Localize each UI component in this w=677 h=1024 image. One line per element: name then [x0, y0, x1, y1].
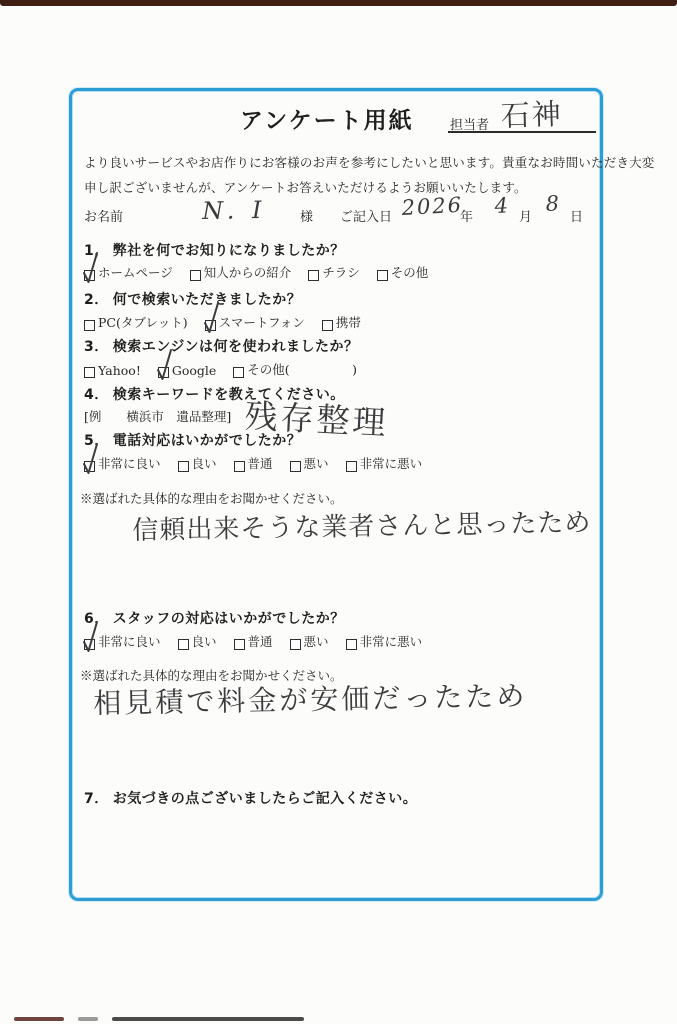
question-4-number: 4．: [84, 387, 109, 403]
option-label: 良い: [192, 632, 217, 650]
scan-artifact-top-band: [0, 0, 677, 6]
checkbox: [84, 270, 95, 281]
option-label: 普通: [248, 632, 273, 650]
scan-artifact-bottom-2: [78, 1017, 98, 1021]
option-very-good: 非常に良い: [84, 454, 161, 472]
honorific-label: 様: [300, 206, 313, 225]
question-5-options: 非常に良い 良い 普通 悪い 非常に悪い: [84, 454, 422, 472]
option-label: Yahoo!: [98, 363, 141, 378]
option-referral: 知人からの紹介: [190, 263, 292, 281]
checkbox: [190, 270, 201, 281]
question-6-text: スタッフの対応はいかがでしたか？: [113, 611, 345, 627]
checkbox: [346, 461, 357, 472]
option-good: 良い: [178, 632, 217, 650]
scan-artifact-bottom-1: [14, 1017, 64, 1021]
question-7-text: お気づきの点ございましたらご記入ください。: [113, 791, 418, 807]
option-label: 非常に良い: [98, 454, 161, 472]
checkbox: [234, 461, 245, 472]
option-normal: 普通: [234, 454, 273, 472]
checkbox: [290, 461, 301, 472]
option-label: 知人からの紹介: [204, 263, 292, 281]
date-label: ご記入日: [340, 206, 392, 225]
month-value-handwritten: 4: [494, 193, 511, 218]
option-label: 非常に悪い: [360, 454, 423, 472]
checkbox: [308, 270, 319, 281]
question-2-options: PC(タブレット) スマートフォン 携帯: [84, 313, 361, 331]
question-3-options: Yahoo! Google その他( ): [84, 360, 357, 378]
option-bad: 悪い: [290, 454, 329, 472]
checkbox: [84, 320, 95, 331]
question-5-heading: 5．電話対応はいかがでしたか？: [84, 430, 301, 450]
question-3-number: 3．: [84, 339, 109, 355]
staff-reason-handwritten: 相見積で料金が安価だったため: [93, 674, 528, 722]
option-other: その他: [377, 263, 429, 281]
checkbox: [377, 270, 388, 281]
option-pc-tablet: PC(タブレット): [84, 313, 188, 331]
option-smartphone: スマートフォン: [205, 313, 305, 331]
checkmark-icon: [156, 348, 173, 381]
option-label: Google: [172, 363, 216, 378]
option-mobile: 携帯: [322, 313, 361, 331]
checkbox: [205, 320, 216, 331]
checkbox: [322, 320, 333, 331]
question-3-heading: 3．検索エンジンは何を使われましたか？: [84, 336, 359, 356]
checkbox: [346, 639, 357, 650]
checkbox: [84, 367, 95, 378]
option-very-bad: 非常に悪い: [346, 454, 423, 472]
option-label: その他: [391, 263, 429, 281]
question-5-text: 電話対応はいかがでしたか？: [113, 433, 302, 449]
question-1-options: ホームページ 知人からの紹介 チラシ その他: [84, 263, 428, 281]
checkbox: [84, 461, 95, 472]
question-1-text: 弊社を何でお知りになりましたか？: [113, 243, 345, 259]
option-normal: 普通: [234, 632, 273, 650]
question-6-options: 非常に良い 良い 普通 悪い 非常に悪い: [84, 632, 422, 650]
option-label: ホームページ: [98, 263, 173, 281]
checkbox: [233, 367, 244, 378]
question-2-number: 2．: [84, 292, 109, 308]
checkmark-icon: [82, 251, 99, 284]
checkmark-icon: [203, 301, 220, 334]
checkbox: [84, 639, 95, 650]
option-label: 悪い: [304, 632, 329, 650]
option-label: スマートフォン: [219, 313, 305, 331]
option-yahoo: Yahoo!: [84, 363, 141, 378]
question-7-heading: 7．お気づきの点ございましたらご記入ください。: [84, 788, 417, 808]
checkbox: [158, 367, 169, 378]
question-2-heading: 2．何で検索いただきましたか？: [84, 289, 301, 309]
option-very-bad: 非常に悪い: [346, 632, 423, 650]
name-value-handwritten: N. I: [202, 196, 267, 225]
checkbox: [234, 639, 245, 650]
day-unit: 日: [570, 206, 583, 225]
checkmark-icon: [82, 620, 99, 653]
keyword-example: [例 横浜市 遺品整理]: [84, 407, 231, 425]
option-label: 非常に良い: [98, 632, 161, 650]
name-label: お名前: [84, 206, 123, 225]
option-homepage: ホームページ: [84, 263, 173, 281]
option-label: 携帯: [336, 313, 361, 331]
question-3-text: 検索エンジンは何を使われましたか？: [113, 339, 359, 355]
month-unit: 月: [519, 206, 532, 225]
checkbox: [290, 639, 301, 650]
question-6-heading: 6．スタッフの対応はいかがでしたか？: [84, 608, 345, 628]
option-label: 非常に悪い: [360, 632, 423, 650]
scanned-survey-page: アンケート用紙 担当者 石神 より良いサービスやお店作りにお客様のお声を参考にし…: [0, 0, 677, 1024]
day-value-handwritten: 8: [545, 191, 562, 216]
question-7-number: 7．: [84, 791, 109, 807]
option-bad: 悪い: [290, 632, 329, 650]
option-label: 悪い: [304, 454, 329, 472]
checkbox: [178, 461, 189, 472]
option-google: Google: [158, 363, 216, 378]
option-label: PC(タブレット): [98, 313, 188, 331]
option-flyer: チラシ: [308, 263, 360, 281]
reason-prompt-1: ※選ばれた具体的な理由をお聞かせください。: [80, 489, 343, 507]
intro-line-1: より良いサービスやお店作りにお客様のお声を参考にしたいと思います。貴重なお時間い…: [84, 153, 655, 171]
scan-artifact-bottom-3: [112, 1017, 304, 1021]
option-label: 普通: [248, 454, 273, 472]
option-label: 良い: [192, 454, 217, 472]
option-label: その他( ): [247, 360, 357, 378]
form-title: アンケート用紙: [240, 102, 414, 135]
year-unit: 年: [460, 206, 473, 225]
staff-name-handwritten: 石神: [500, 92, 563, 135]
option-very-good: 非常に良い: [84, 632, 161, 650]
year-value-handwritten: 2026: [401, 193, 464, 220]
option-other-engine: その他( ): [233, 360, 357, 378]
option-good: 良い: [178, 454, 217, 472]
question-1-heading: 1，弊社を何でお知りになりましたか？: [84, 240, 345, 260]
checkbox: [178, 639, 189, 650]
option-label: チラシ: [322, 263, 360, 281]
checkmark-icon: [82, 442, 99, 475]
